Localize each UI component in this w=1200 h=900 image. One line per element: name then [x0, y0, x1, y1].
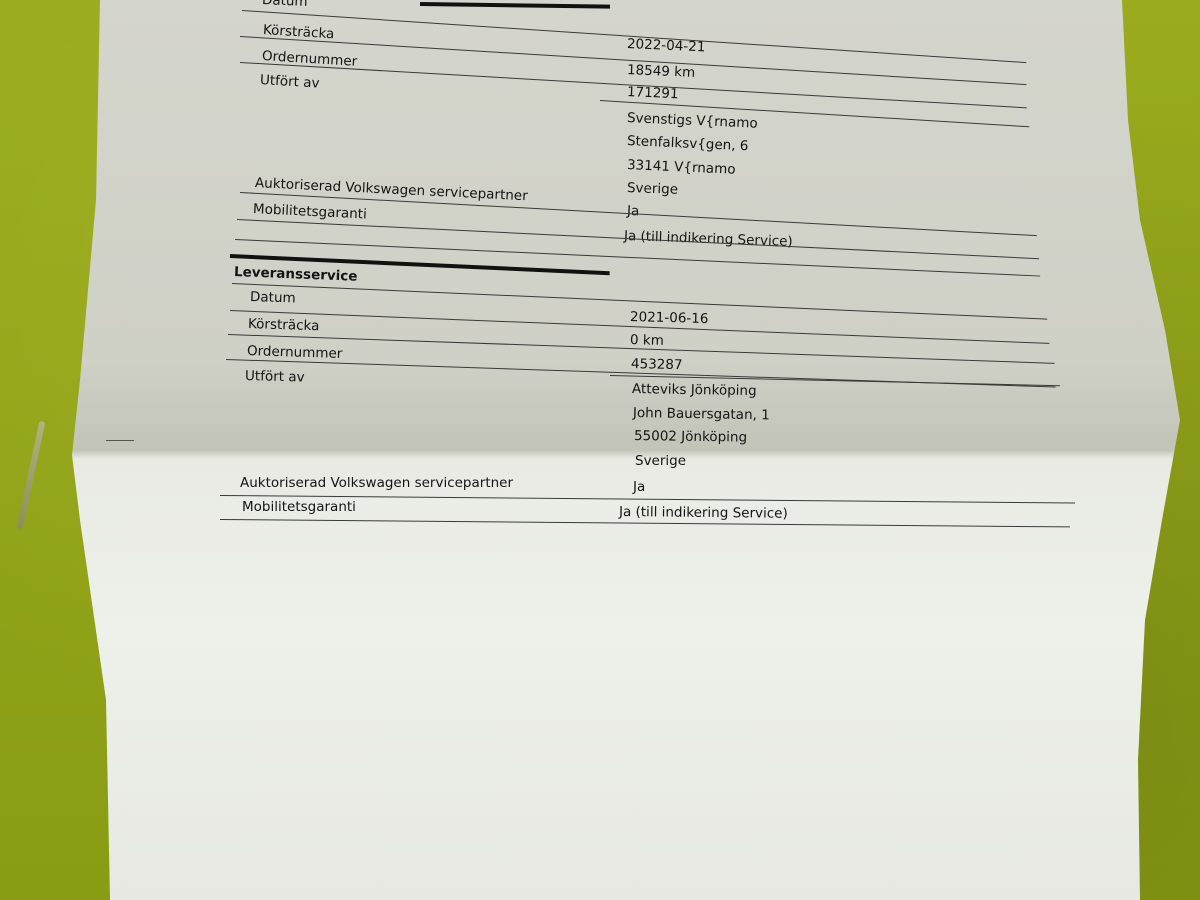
- value-utfort-av-2-line-2: John Bauersgatan, 1: [633, 405, 770, 423]
- value-ordernummer: 171291: [627, 84, 679, 102]
- label-utfort-av: Utfört av: [260, 72, 320, 92]
- label-mobilitetsgaranti: Mobilitetsgaranti: [253, 201, 368, 223]
- value-korstracka: 18549 km: [627, 62, 696, 81]
- section-divider: [420, 2, 610, 9]
- value-datum-2: 2021-06-16: [630, 309, 709, 327]
- value-utfort-av-2-line-4: Sverige: [635, 453, 686, 469]
- value-utfort-av-2-line-1: Atteviks Jönköping: [632, 381, 757, 399]
- label-utfort-av-2: Utfört av: [245, 368, 305, 386]
- value-auktoriserad-2: Ja: [633, 479, 645, 495]
- value-datum: 2022-04-21: [627, 36, 706, 55]
- value-ordernummer-2: 453287: [631, 356, 683, 373]
- label-mobilitetsgaranti-2: Mobilitetsgaranti: [242, 499, 356, 515]
- value-mobilitetsgaranti-2: Ja (till indikering Service): [619, 504, 788, 522]
- label-auktoriserad-2: Auktoriserad Volkswagen servicepartner: [240, 475, 513, 491]
- value-auktoriserad: Ja: [627, 203, 640, 219]
- row-divider: [237, 219, 1039, 259]
- value-utfort-av-line-4: Sverige: [627, 180, 679, 198]
- value-korstracka-2: 0 km: [630, 332, 664, 349]
- value-utfort-av-line-1: Svenstigs V{rnamo: [627, 110, 758, 132]
- section-title-leveransservice: Leveransservice: [234, 264, 358, 285]
- label-datum: Datum: [262, 0, 308, 10]
- value-utfort-av-2-line-3: 55002 Jönköping: [634, 428, 747, 446]
- label-ordernummer-2: Ordernummer: [247, 343, 343, 362]
- value-utfort-av-line-3: 33141 V{rnamo: [627, 157, 736, 178]
- service-document: Datum Körsträcka 2022-04-21 Ordernummer …: [0, 0, 1200, 900]
- label-korstracka-2: Körsträcka: [248, 316, 320, 334]
- value-utfort-av-line-2: Stenfalksv{gen, 6: [627, 133, 749, 154]
- label-datum-2: Datum: [250, 289, 296, 306]
